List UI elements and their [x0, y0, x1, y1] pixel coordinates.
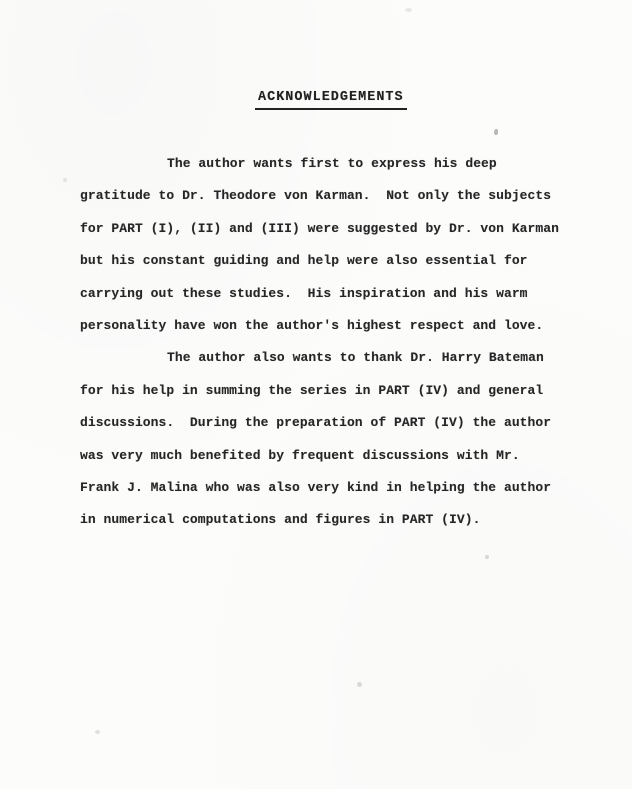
text-line-1: The author wants first to express his de…: [80, 148, 600, 180]
document-page: ACKNOWLEDGEMENTS The author wants first …: [0, 0, 632, 789]
text-line-9: discussions. During the preparation of P…: [80, 407, 600, 439]
text-line-4: but his constant guiding and help were a…: [80, 245, 600, 277]
page-title: ACKNOWLEDGEMENTS: [255, 90, 407, 110]
scan-speck: [405, 8, 412, 12]
text-line-10: was very much benefited by frequent disc…: [80, 440, 600, 472]
text-line-7: The author also wants to thank Dr. Harry…: [80, 342, 600, 374]
scan-speck: [357, 682, 362, 687]
scan-speck: [95, 730, 100, 734]
document-body: The author wants first to express his de…: [80, 148, 600, 537]
text-line-5: carrying out these studies. His inspirat…: [80, 278, 600, 310]
text-line-11: Frank J. Malina who was also very kind i…: [80, 472, 600, 504]
scan-speck: [63, 178, 67, 182]
text-line-2: gratitude to Dr. Theodore von Karman. No…: [80, 180, 600, 212]
text-line-3: for PART (I), (II) and (III) were sugges…: [80, 213, 600, 245]
scan-speck: [494, 129, 498, 135]
scan-speck: [485, 555, 489, 559]
text-line-6: personality have won the author's highes…: [80, 310, 600, 342]
text-line-8: for his help in summing the series in PA…: [80, 375, 600, 407]
text-line-12: in numerical computations and figures in…: [80, 504, 600, 536]
